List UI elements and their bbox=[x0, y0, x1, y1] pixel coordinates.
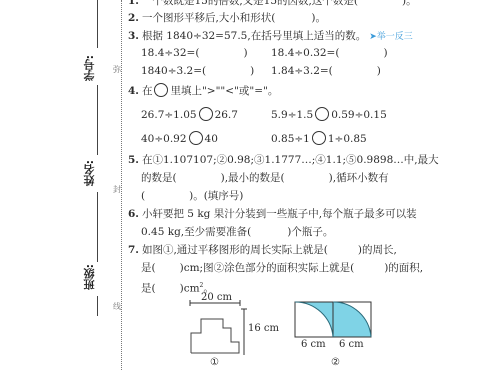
q4-item-2: 5.9÷1.50.59÷0.15 bbox=[271, 107, 387, 122]
margin-rule bbox=[97, 0, 98, 48]
student-id-line bbox=[97, 85, 98, 155]
compare-circle[interactable] bbox=[315, 107, 329, 121]
figure-1-staircase: 20 cm 16 cm ① bbox=[180, 295, 290, 370]
question-3: 3.根据 1840÷32=57.5,在括号里填上适当的数。➤举一反三 bbox=[128, 29, 413, 44]
fig1-width-label: 20 cm bbox=[201, 292, 232, 303]
compare-circle[interactable] bbox=[199, 107, 213, 121]
related-practice-link[interactable]: ➤举一反三 bbox=[369, 32, 413, 42]
q5-line-2: 的数是(),最小的数是(),循环小数有 bbox=[141, 171, 389, 185]
circle-icon bbox=[154, 83, 168, 97]
quarter-circle-shape-icon bbox=[293, 295, 413, 345]
q3-item-3: 1840÷3.2=() bbox=[141, 64, 254, 78]
question-4: 4.在里填上">""<"或"="。 bbox=[128, 83, 278, 98]
q4-item-1: 26.7÷1.0526.7 bbox=[141, 107, 238, 122]
q4-item-3: 40÷0.9240 bbox=[141, 131, 218, 146]
student-id-label: 学号: bbox=[84, 55, 100, 81]
q6-line-2: 0.45 kg,至少需要准备()个瓶子。 bbox=[141, 225, 333, 239]
q3-item-1: 18.4÷32=() bbox=[141, 46, 248, 60]
cut-mark-seal-3: 线 bbox=[113, 300, 121, 313]
compare-circle[interactable] bbox=[312, 131, 326, 145]
q7-line-2: 是()cm;图②涂色部分的面积实际上就是()的面积, bbox=[141, 261, 423, 275]
cut-mark-seal-1: 弥 bbox=[113, 63, 121, 76]
name-label: 姓名: bbox=[84, 160, 100, 186]
q5-line-3: ()。(填序号) bbox=[141, 189, 243, 203]
question-2: 2.一个图形平移后,大小和形状()。 bbox=[128, 11, 326, 25]
fig2-right-label: 6 cm bbox=[339, 339, 364, 350]
figure-2-quarter-circles: 6 cm 6 cm ② bbox=[293, 295, 413, 370]
cut-line bbox=[121, 0, 122, 370]
question-6: 6.小轩要把 5 kg 果汁分装到一些瓶子中,每个瓶子最多可以装 bbox=[128, 207, 417, 221]
q4-item-4: 0.85÷11÷0.85 bbox=[271, 131, 367, 146]
class-label: 班级: bbox=[84, 264, 100, 290]
fig1-height-label: 16 cm bbox=[248, 323, 279, 334]
q3-item-4: 1.84÷3.2=() bbox=[271, 64, 381, 78]
fig2-caption: ② bbox=[331, 357, 340, 368]
question-5: 5.在①1.107107;②0.98;③1.1777…;④1.1;⑤0.9898… bbox=[128, 153, 439, 167]
class-line bbox=[97, 296, 98, 316]
question-1: 1.一个数既是15的倍数,又是15的因数,这个数是()。 bbox=[128, 0, 417, 8]
fig2-left-label: 6 cm bbox=[301, 339, 326, 350]
compare-circle[interactable] bbox=[189, 131, 203, 145]
fig1-caption: ① bbox=[210, 357, 219, 368]
q3-item-2: 18.4÷0.32=() bbox=[271, 46, 388, 60]
name-line bbox=[97, 192, 98, 262]
cut-mark-seal-2: 封 bbox=[113, 183, 121, 196]
question-7: 7.如图①,通过平移图形的周长实际上就是()的周长, bbox=[128, 243, 397, 257]
